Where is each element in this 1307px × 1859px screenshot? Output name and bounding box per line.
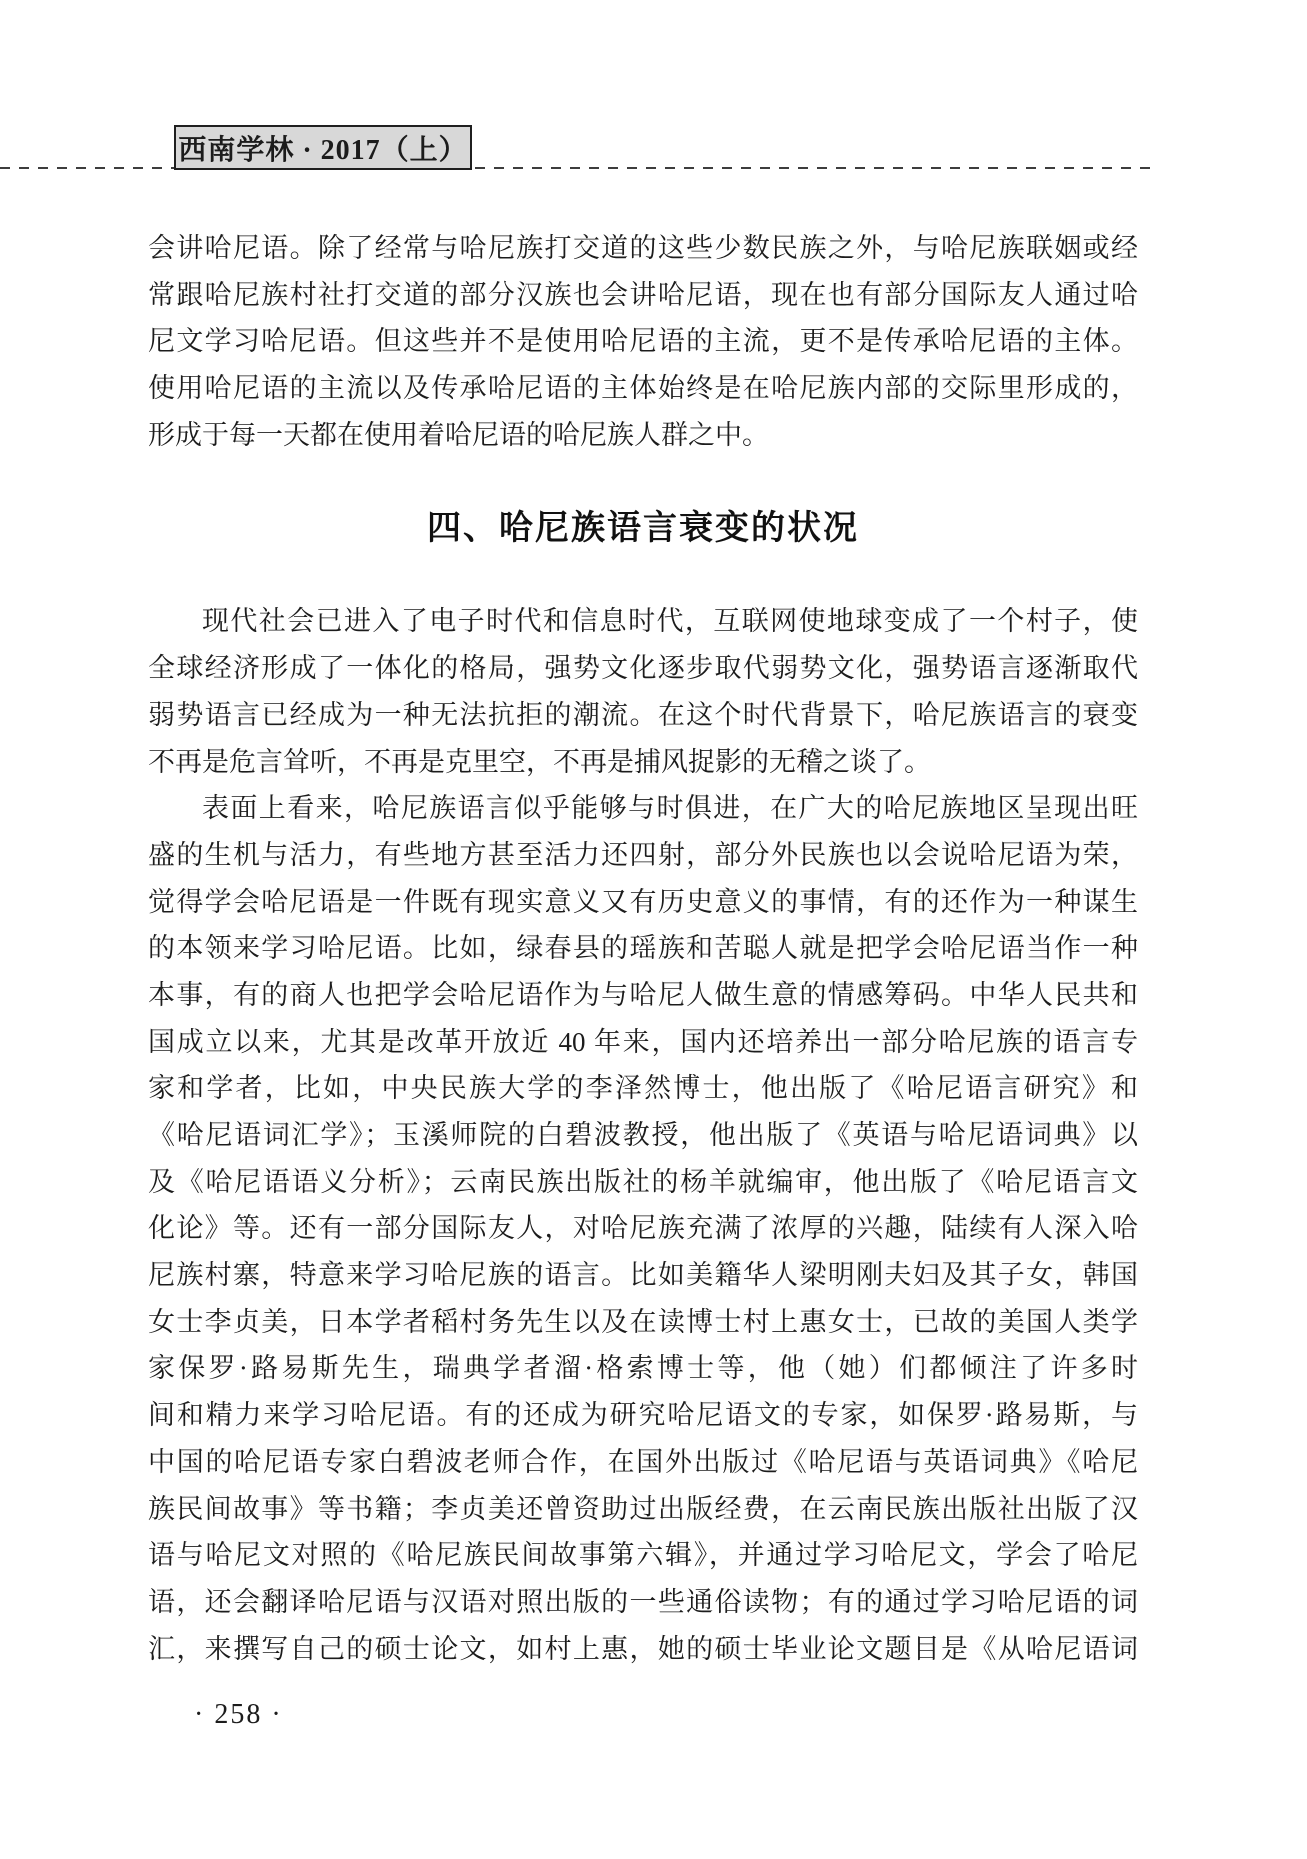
text-line: 间和精力来学习哈尼语。有的还成为研究哈尼语文的专家，如保罗·路易斯，与 <box>148 1392 1138 1439</box>
text-line: 弱势语言已经成为一种无法抗拒的潮流。在这个时代背景下，哈尼族语言的衰变 <box>148 692 1138 739</box>
text-line: 尼族村寨，特意来学习哈尼族的语言。比如美籍华人梁明刚夫妇及其子女，韩国 <box>148 1252 1138 1299</box>
text-line: 不再是危言耸听，不再是克里空，不再是捕风捉影的无稽之谈了。 <box>148 739 1138 786</box>
text-line: 家和学者，比如，中央民族大学的李泽然博士，他出版了《哈尼语言研究》和 <box>148 1065 1138 1112</box>
text-line: 尼文学习哈尼语。但这些并不是使用哈尼语的主流，更不是传承哈尼语的主体。 <box>148 318 1138 365</box>
text-line: 语与哈尼文对照的《哈尼族民间故事第六辑》，并通过学习哈尼文，学会了哈尼 <box>148 1532 1138 1579</box>
page-number: · 258 · <box>194 1692 1138 1739</box>
text-line: 使用哈尼语的主流以及传承哈尼语的主体始终是在哈尼族内部的交际里形成的， <box>148 365 1138 412</box>
text-line: 会讲哈尼语。除了经常与哈尼族打交道的这些少数民族之外，与哈尼族联姻或经 <box>148 225 1138 272</box>
section-heading: 四、哈尼族语言衰变的状况 <box>148 458 1138 598</box>
text-line: 中国的哈尼语专家白碧波老师合作，在国外出版过《哈尼语与英语词典》《哈尼 <box>148 1439 1138 1486</box>
running-header-box: 西南学林 · 2017（上） <box>174 125 472 170</box>
text-line: 本事，有的商人也把学会哈尼语作为与哈尼人做生意的情感筹码。中华人民共和 <box>148 972 1138 1019</box>
text-line: 《哈尼语词汇学》；玉溪师院的白碧波教授，他出版了《英语与哈尼语词典》以 <box>148 1112 1138 1159</box>
text-line: 全球经济形成了一体化的格局，强势文化逐步取代弱势文化，强势语言逐渐取代 <box>148 645 1138 692</box>
text-line: 常跟哈尼族村社打交道的部分汉族也会讲哈尼语，现在也有部分国际友人通过哈 <box>148 272 1138 319</box>
paragraph: 会讲哈尼语。除了经常与哈尼族打交道的这些少数民族之外，与哈尼族联姻或经常跟哈尼族… <box>148 225 1138 458</box>
volume-label: 西南学林 · 2017（上） <box>178 128 467 168</box>
header-divider-dashed-line <box>0 167 1153 169</box>
text-line: 表面上看来，哈尼族语言似乎能够与时俱进，在广大的哈尼族地区呈现出旺 <box>148 785 1138 832</box>
document-body: 会讲哈尼语。除了经常与哈尼族打交道的这些少数民族之外，与哈尼族联姻或经常跟哈尼族… <box>148 225 1138 1739</box>
scanned-book-page: 西南学林 · 2017（上） 会讲哈尼语。除了经常与哈尼族打交道的这些少数民族之… <box>0 0 1307 1859</box>
text-line: 化论》等。还有一部分国际友人，对哈尼族充满了浓厚的兴趣，陆续有人深入哈 <box>148 1205 1138 1252</box>
text-line: 女士李贞美，日本学者稻村务先生以及在读博士村上惠女士，已故的美国人类学 <box>148 1299 1138 1346</box>
paragraph: 表面上看来，哈尼族语言似乎能够与时俱进，在广大的哈尼族地区呈现出旺盛的生机与活力… <box>148 785 1138 1672</box>
text-line: 族民间故事》等书籍；李贞美还曾资助过出版经费，在云南民族出版社出版了汉 <box>148 1486 1138 1533</box>
text-line: 形成于每一天都在使用着哈尼语的哈尼族人群之中。 <box>148 412 1138 459</box>
paragraph: 现代社会已进入了电子时代和信息时代，互联网使地球变成了一个村子，使全球经济形成了… <box>148 598 1138 785</box>
text-line: 家保罗·路易斯先生，瑞典学者溜·格索博士等，他（她）们都倾注了许多时 <box>148 1345 1138 1392</box>
text-line: 盛的生机与活力，有些地方甚至活力还四射，部分外民族也以会说哈尼语为荣， <box>148 832 1138 879</box>
text-line: 现代社会已进入了电子时代和信息时代，互联网使地球变成了一个村子，使 <box>148 598 1138 645</box>
text-line: 语，还会翻译哈尼语与汉语对照出版的一些通俗读物；有的通过学习哈尼语的词 <box>148 1579 1138 1626</box>
text-line: 觉得学会哈尼语是一件既有现实意义又有历史意义的事情，有的还作为一种谋生 <box>148 879 1138 926</box>
text-line: 汇，来撰写自己的硕士论文，如村上惠，她的硕士毕业论文题目是《从哈尼语词 <box>148 1626 1138 1673</box>
text-line: 及《哈尼语语义分析》；云南民族出版社的杨羊就编审，他出版了《哈尼语言文 <box>148 1159 1138 1206</box>
text-line: 的本领来学习哈尼语。比如，绿春县的瑶族和苦聪人就是把学会哈尼语当作一种 <box>148 925 1138 972</box>
text-line: 国成立以来，尤其是改革开放近 40 年来，国内还培养出一部分哈尼族的语言专 <box>148 1019 1138 1066</box>
